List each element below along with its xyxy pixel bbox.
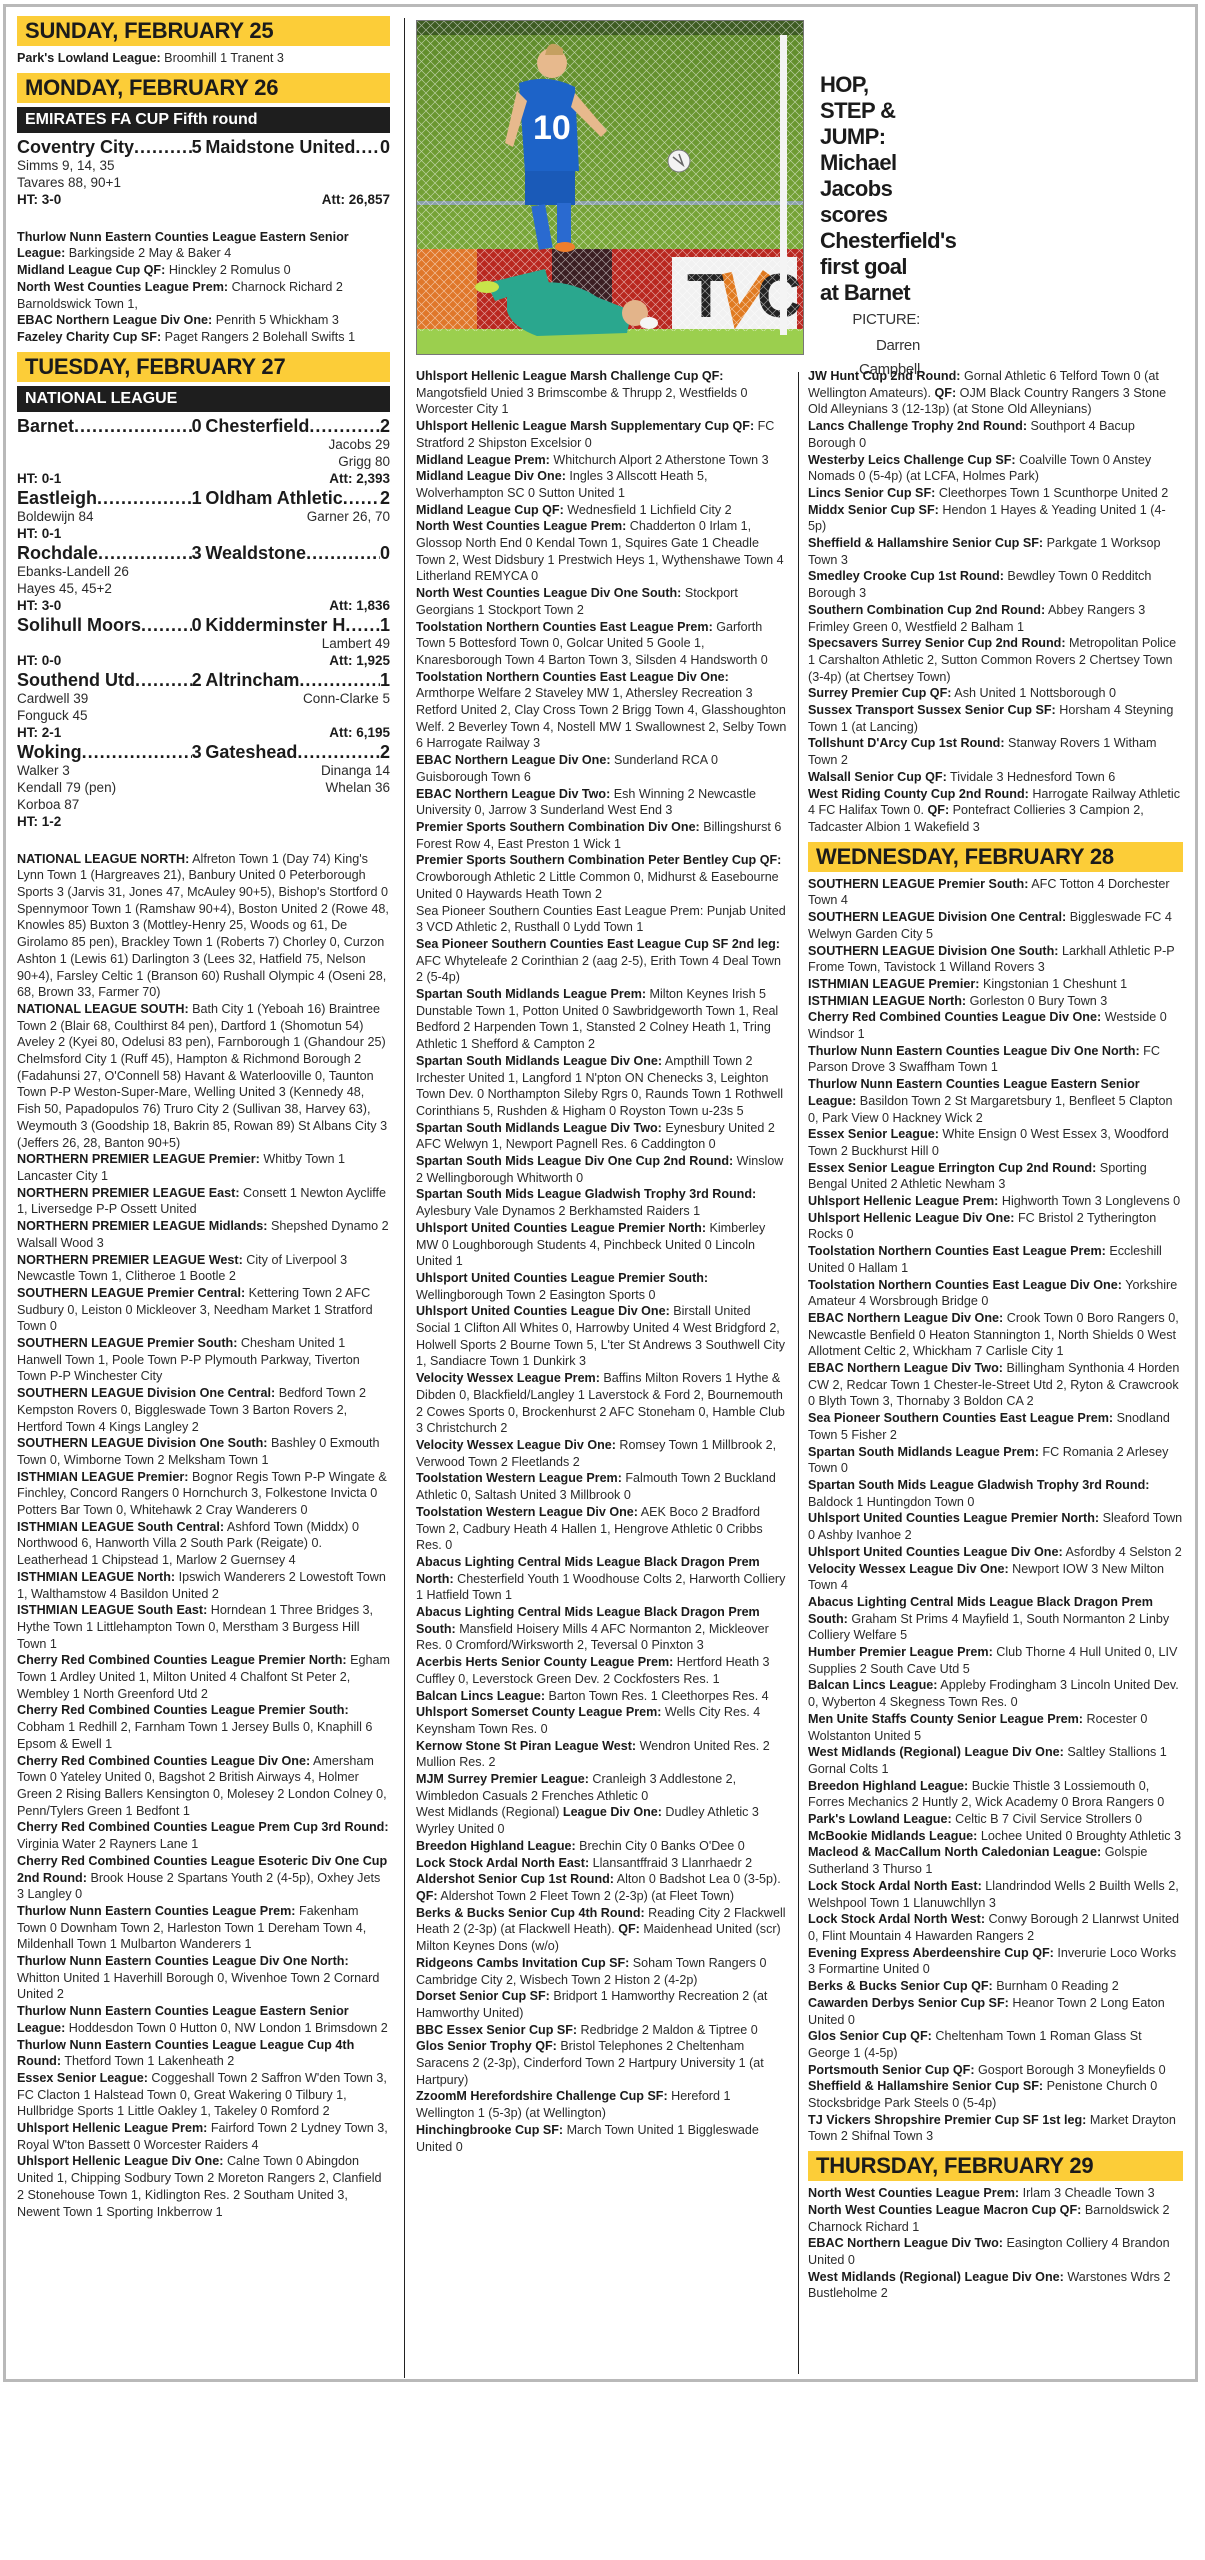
result-entry: JW Hunt Cup 2nd Round: Gornal Athletic 6… <box>808 368 1183 418</box>
result-text: AFC Whyteleafe 2 Corinthian 2 (aag 2-5),… <box>416 954 781 985</box>
league-label: Surrey Premier Cup QF: <box>808 686 951 700</box>
league-label: Essex Senior League Errington Cup 2nd Ro… <box>808 1161 1096 1175</box>
result-entry: EBAC Northern League Div Two: Billingham… <box>808 1360 1183 1410</box>
result-text: Whitchurch Alport 2 Atherstone Town 3 <box>550 453 769 467</box>
day-header-tuesday: TUESDAY, FEBRUARY 27 <box>17 352 390 382</box>
leader-dots <box>134 137 192 157</box>
match-result: Southend Utd2Altrincham1Cardwell 39Conn-… <box>17 670 390 741</box>
result-entry: Sussex Transport Sussex Senior Cup SF: H… <box>808 702 1183 735</box>
match-result: Woking3Gateshead2Walker 3Dinanga 14Kenda… <box>17 742 390 830</box>
home-scorer: Hayes 45, 45+2 <box>17 580 112 597</box>
league-label: SOUTHERN LEAGUE Division One Central: <box>808 910 1066 924</box>
home-side: Coventry City5 <box>17 137 202 157</box>
league-label: Uhlsport Hellenic League Prem: <box>808 1194 998 1208</box>
league-label: Toolstation Western League Prem: <box>416 1471 622 1485</box>
result-entry: Humber Premier League Prem: Club Thorne … <box>808 1644 1183 1677</box>
league-label: Walsall Senior Cup QF: <box>808 770 947 784</box>
result-entry: EBAC Northern League Div Two: Easington … <box>808 2235 1183 2268</box>
league-label: Specsavers Surrey Senior Cup 2nd Round: <box>808 636 1066 650</box>
scorers-row: Fonguck 45 <box>17 707 390 724</box>
leader-dots <box>299 670 380 690</box>
scorers-row: Tavares 88, 90+1 <box>17 174 390 191</box>
result-entry: ISTHMIAN LEAGUE Premier: Kingstonian 1 C… <box>808 976 1183 993</box>
attendance: Att: 1,925 <box>329 652 390 669</box>
result-entry: Uhlsport United Counties League Premier … <box>416 1270 788 1303</box>
result-entry: SOUTHERN LEAGUE Premier South: AFC Totto… <box>808 876 1183 909</box>
result-entry: Dorset Senior Cup SF: Bridport 1 Hamwort… <box>416 1988 788 2021</box>
result-entry: North West Counties League Prem: Charnoc… <box>17 279 390 312</box>
league-label: Kernow Stone St Piran League West: <box>416 1739 636 1753</box>
away-side: Oldham Athletic2 <box>205 488 390 508</box>
team-score: 2 <box>380 416 390 436</box>
result-entry: Velocity Wessex League Div One: Romsey T… <box>416 1437 788 1470</box>
half-time-score: HT: 2-1 <box>17 724 61 741</box>
league-label: ZzoomM Herefordshire Challenge Cup SF: <box>416 2089 668 2103</box>
league-label: Ridgeons Cambs Invitation Cup SF: <box>416 1956 629 1970</box>
result-text: Chesterfield Youth 1 Woodhouse Colts 2, … <box>416 1572 785 1603</box>
result-text: Alfreton Town 1 (Day 74) King's Lynn Tow… <box>17 852 389 1000</box>
league-label: Sheffield & Hallamshire Senior Cup SF: <box>808 536 1043 550</box>
results-wednesday: SOUTHERN LEAGUE Premier South: AFC Totto… <box>808 876 1183 2145</box>
result-entry: Glos Senior Cup QF: Cheltenham Town 1 Ro… <box>808 2028 1183 2061</box>
team-name: Wealdstone <box>205 543 306 563</box>
result-text: Brechin City 0 Banks O'Dee 0 <box>576 1839 745 1853</box>
match-footer: HT: 0-0Att: 1,925 <box>17 652 390 669</box>
result-text: Hoddesdon Town 0 Hutton 0, NW London 1 B… <box>65 2021 388 2035</box>
league-label: Lock Stock Ardal North East: <box>416 1856 589 1870</box>
league-label: Toolstation Northern Counties East Leagu… <box>416 670 729 684</box>
result-entry: Acerbis Herts Senior County League Prem:… <box>416 1654 788 1687</box>
result-entry: Premier Sports Southern Combination Div … <box>416 819 788 852</box>
result-entry: Thurlow Nunn Eastern Counties League Eas… <box>17 2003 390 2036</box>
result-entry: Spartan South Midlands League Prem: FC R… <box>808 1444 1183 1477</box>
result-entry: Lock Stock Ardal North East: Llandrindod… <box>808 1878 1183 1911</box>
team-name: Southend Utd <box>17 670 135 690</box>
result-text: Burnham 0 Reading 2 <box>993 1979 1119 1993</box>
result-text: Hinckley 2 Romulus 0 <box>165 263 290 277</box>
away-side: Gateshead2 <box>205 742 390 762</box>
result-entry: ISTHMIAN LEAGUE Premier: Bognor Regis To… <box>17 1469 390 1519</box>
league-label: EBAC Northern League Div Two: <box>808 1361 1003 1375</box>
result-entry: NORTHERN PREMIER LEAGUE Midlands: Shepsh… <box>17 1218 390 1251</box>
home-scorer: Ebanks-Landell 26 <box>17 563 129 580</box>
team-score: 0 <box>192 615 202 635</box>
result-entry: NORTHERN PREMIER LEAGUE Premier: Whitby … <box>17 1151 390 1184</box>
league-label: Spartan South Midlands League Prem: <box>416 987 646 1001</box>
result-entry: Walsall Senior Cup QF: Tividale 3 Hednes… <box>808 769 1183 786</box>
result-text: Tividale 3 Hednesford Town 6 <box>947 770 1115 784</box>
league-label: Sea Pioneer Southern Counties East Leagu… <box>416 937 780 951</box>
caption-headline: HOP, STEP & JUMP: Michael Jacobs scores … <box>820 72 920 306</box>
league-label: SOUTHERN LEAGUE Premier Central: <box>17 1286 245 1300</box>
result-entry: BBC Essex Senior Cup SF: Redbridge 2 Mal… <box>416 2022 788 2039</box>
league-label: EBAC Northern League Div Two: <box>416 787 610 801</box>
result-entry: NORTHERN PREMIER LEAGUE East: Consett 1 … <box>17 1185 390 1218</box>
result-entry: Lincs Senior Cup SF: Cleethorpes Town 1 … <box>808 485 1183 502</box>
result-text: Celtic B 7 Civil Service Strollers 0 <box>952 1812 1142 1826</box>
result-entry: Uhlsport United Counties League Div One:… <box>808 1544 1183 1561</box>
column-middle: Uhlsport Hellenic League Marsh Challenge… <box>416 368 788 2155</box>
home-side: Woking3 <box>17 742 202 762</box>
league-label: Essex Senior League: <box>808 1127 939 1141</box>
result-entry: Thurlow Nunn Eastern Counties League Div… <box>808 1043 1183 1076</box>
league-label: Thurlow Nunn Eastern Counties League Pre… <box>17 1904 296 1918</box>
day-header-wednesday: WEDNESDAY, FEBRUARY 28 <box>808 842 1183 872</box>
home-scorer: Korboa 87 <box>17 796 79 813</box>
result-entry: Essex Senior League: White Ensign 0 West… <box>808 1126 1183 1159</box>
league-label: Macleod & MacCallum North Caledonian Lea… <box>808 1845 1101 1859</box>
team-score: 0 <box>192 416 202 436</box>
away-scorer: Lambert 49 <box>322 635 390 652</box>
result-text: Lochee United 0 Broughty Athletic 3 <box>977 1829 1181 1843</box>
result-entry: Toolstation Northern Counties East Leagu… <box>416 669 788 753</box>
result-entry: ISTHMIAN LEAGUE North: Ipswich Wanderers… <box>17 1569 390 1602</box>
result-entry: Abacus Lighting Central Mids League Blac… <box>416 1554 788 1604</box>
result-text: Crowborough Athletic 2 Little Common 0, … <box>416 870 779 901</box>
result-text: Asfordby 4 Selston 2 <box>1063 1545 1182 1559</box>
away-side: Kidderminster H1 <box>205 615 390 635</box>
result-entry: Uhlsport Hellenic League Prem: Fairford … <box>17 2120 390 2153</box>
league-label: Essex Senior League: <box>17 2071 148 2085</box>
results-tuesday-col3: JW Hunt Cup 2nd Round: Gornal Athletic 6… <box>808 368 1183 836</box>
result-entry: Uhlsport United Counties League Div One:… <box>416 1303 788 1370</box>
result-entry: Surrey Premier Cup QF: Ash United 1 Nott… <box>808 685 1183 702</box>
team-name: Altrincham <box>205 670 299 690</box>
result-entry: Sea Pioneer Southern Counties East Leagu… <box>416 903 788 936</box>
results-sunday: Park's Lowland League: Broomhill 1 Trane… <box>17 50 390 67</box>
league-label: Portsmouth Senior Cup QF: <box>808 2063 975 2077</box>
result-entry: SOUTHERN LEAGUE Division One Central: Bi… <box>808 909 1183 942</box>
result-entry: Abacus Lighting Central Mids League Blac… <box>808 1594 1183 1644</box>
result-entry: Uhlsport United Counties League Premier … <box>808 1510 1183 1543</box>
half-time-score: HT: 3-0 <box>17 191 61 208</box>
half-time-score: HT: 3-0 <box>17 597 61 614</box>
result-entry: Smedley Crooke Cup 1st Round: Bewdley To… <box>808 568 1183 601</box>
result-entry: ISTHMIAN LEAGUE South East: Horndean 1 T… <box>17 1602 390 1652</box>
league-label: Cawarden Derbys Senior Cup SF: <box>808 1996 1009 2010</box>
result-text: Wellingborough Town 2 Easington Sports 0 <box>416 1288 655 1302</box>
result-text: Penrith 5 Whickham 3 <box>212 313 339 327</box>
match-photo: T C 10 <box>416 20 804 355</box>
scorers-row: Kendall 79 (pen)Whelan 36 <box>17 779 390 796</box>
day-header-thursday: THURSDAY, FEBRUARY 29 <box>808 2151 1183 2181</box>
result-text: Aylesbury Vale Dynamos 2 Berkhamsted Rai… <box>416 1204 700 1218</box>
away-side: Wealdstone0 <box>205 543 390 563</box>
result-text: Broomhill 1 Tranent 3 <box>161 51 284 65</box>
league-label: SOUTHERN LEAGUE Division One Central: <box>17 1386 275 1400</box>
leader-dots <box>98 543 192 563</box>
result-entry: Lock Stock Ardal North East: Llansantffr… <box>416 1855 788 1872</box>
match-result: Eastleigh1Oldham Athletic2Boldewijn 84Ga… <box>17 488 390 542</box>
result-entry: Uhlsport Hellenic League Marsh Supplemen… <box>416 418 788 451</box>
league-label: EBAC Northern League Div One: <box>17 313 212 327</box>
result-entry: Toolstation Northern Counties East Leagu… <box>808 1277 1183 1310</box>
league-label: West Midlands (Regional) League Div One: <box>808 1745 1064 1759</box>
national-league-matches: Barnet0Chesterfield2Jacobs 29Grigg 80HT:… <box>17 416 390 830</box>
half-time-score: HT: 0-1 <box>17 470 61 487</box>
result-entry: West Midlands (Regional) League Div One:… <box>808 1744 1183 1777</box>
result-entry: Kernow Stone St Piran League West: Wendr… <box>416 1738 788 1771</box>
result-entry: Velocity Wessex League Prem: Baffins Mil… <box>416 1370 788 1437</box>
result-entry: Lancs Challenge Trophy 2nd Round: Southp… <box>808 418 1183 451</box>
league-label: NORTHERN PREMIER LEAGUE Premier: <box>17 1152 260 1166</box>
result-text: Gorleston 0 Bury Town 3 <box>966 994 1107 1008</box>
result-entry: Ridgeons Cambs Invitation Cup SF: Soham … <box>416 1955 788 1988</box>
column-divider-1 <box>404 18 405 2378</box>
league-label: TJ Vickers Shropshire Premier Cup SF 1st… <box>808 2113 1086 2127</box>
attendance: Att: 1,836 <box>329 597 390 614</box>
league-label: Uhlsport Hellenic League Div One: <box>17 2154 223 2168</box>
result-entry: ISTHMIAN LEAGUE North: Gorleston 0 Bury … <box>808 993 1183 1010</box>
result-entry: Cherry Red Combined Counties League Div … <box>808 1009 1183 1042</box>
league-label: Thurlow Nunn Eastern Counties League Div… <box>17 1954 349 1968</box>
result-entry: West Riding County Cup 2nd Round: Harrog… <box>808 786 1183 836</box>
result-entry: Glos Senior Trophy QF: Bristol Telephone… <box>416 2038 788 2088</box>
result-entry: Premier Sports Southern Combination Pete… <box>416 852 788 902</box>
home-scorer: Fonguck 45 <box>17 707 88 724</box>
results-tuesday-col2: Uhlsport Hellenic League Marsh Challenge… <box>416 368 788 2155</box>
home-side: Rochdale3 <box>17 543 202 563</box>
league-label: Midland League Prem: <box>416 453 550 467</box>
result-entry: ISTHMIAN LEAGUE South Central: Ashford T… <box>17 1519 390 1569</box>
league-label: Uhlsport United Counties League Premier … <box>416 1271 708 1285</box>
result-entry: Middx Senior Cup SF: Hendon 1 Hayes & Ye… <box>808 502 1183 535</box>
team-score: 1 <box>192 488 202 508</box>
result-entry: North West Counties League Macron Cup QF… <box>808 2202 1183 2235</box>
home-scorer: Cardwell 39 <box>17 690 88 707</box>
home-side: Solihull Moors0 <box>17 615 202 635</box>
result-entry: Tollshunt D'Arcy Cup 1st Round: Stanway … <box>808 735 1183 768</box>
result-text: Ash United 1 Nottsborough 0 <box>951 686 1116 700</box>
result-entry: Breedon Highland League: Brechin City 0 … <box>416 1838 788 1855</box>
scorers-row: Lambert 49 <box>17 635 390 652</box>
league-label: ISTHMIAN LEAGUE North: <box>17 1570 175 1584</box>
league-label: Acerbis Herts Senior County League Prem: <box>416 1655 673 1669</box>
match-fa-cup: Coventry City5Maidstone United0Simms 9, … <box>17 137 390 208</box>
result-entry: North West Counties League Prem: Irlam 3… <box>808 2185 1183 2202</box>
result-entry: Sheffield & Hallamshire Senior Cup SF: P… <box>808 535 1183 568</box>
league-label: EBAC Northern League Div Two: <box>808 2236 1003 2250</box>
league-label: EBAC Northern League Div One: <box>416 753 611 767</box>
result-entry: Spartan South Mids League Gladwish Troph… <box>416 1186 788 1219</box>
scorers-row: Ebanks-Landell 26 <box>17 563 390 580</box>
league-label: Lancs Challenge Trophy 2nd Round: <box>808 419 1027 433</box>
result-entry: Cherry Red Combined Counties League Esot… <box>17 1853 390 1903</box>
league-label: Midland League Div One: <box>416 469 566 483</box>
league-label: Breedon Highland League: <box>808 1779 968 1793</box>
result-entry: Toolstation Western League Div One: AEK … <box>416 1504 788 1554</box>
result-text: Basildon Town 2 St Margaretsbury 1, Benf… <box>808 1094 1173 1125</box>
result-text: Mansfield Hoisery Mills 4 AFC Normanton … <box>416 1622 769 1653</box>
competition-header-national-league: NATIONAL LEAGUE <box>17 386 390 412</box>
match-footer: HT: 0-1Att: 2,393 <box>17 470 390 487</box>
home-scorer: Kendall 79 (pen) <box>17 779 116 796</box>
result-entry: Breedon Highland League: Buckie Thistle … <box>808 1778 1183 1811</box>
match-footer: HT: 3-0Att: 26,857 <box>17 191 390 208</box>
result-entry: Uhlsport Hellenic League Div One: Calne … <box>17 2153 390 2220</box>
result-text: Irlam 3 Cheadle Town 3 <box>1019 2186 1155 2200</box>
league-label: EBAC Northern League Div One: <box>808 1311 1003 1325</box>
result-entry: Toolstation Western League Prem: Falmout… <box>416 1470 788 1503</box>
team-score: 3 <box>192 543 202 563</box>
league-label: NATIONAL LEAGUE SOUTH: <box>17 1002 189 1016</box>
result-entry: NATIONAL LEAGUE NORTH: Alfreton Town 1 (… <box>17 851 390 1001</box>
league-label: Cherry Red Combined Counties League Div … <box>808 1010 1101 1024</box>
result-entry: SOUTHERN LEAGUE Premier South: Chesham U… <box>17 1335 390 1385</box>
league-label: Spartan South Mids League Gladwish Troph… <box>808 1478 1149 1492</box>
result-entry: Sea Pioneer Southern Counties East Leagu… <box>416 936 788 986</box>
scorers-row: Hayes 45, 45+2 <box>17 580 390 597</box>
result-text: Armthorpe Welfare 2 Staveley MW 1, Ather… <box>416 686 786 750</box>
result-text: Graham St Prims 4 Mayfield 1, South Norm… <box>808 1612 1169 1643</box>
leader-dots <box>343 488 380 508</box>
league-label: Lincs Senior Cup SF: <box>808 486 935 500</box>
league-label: Velocity Wessex League Div One: <box>808 1562 1009 1576</box>
team-name: Coventry City <box>17 137 134 157</box>
leader-dots <box>345 615 380 635</box>
day-header-sunday: SUNDAY, FEBRUARY 25 <box>17 16 390 46</box>
result-entry: Thurlow Nunn Eastern Counties League Lea… <box>17 2037 390 2070</box>
result-entry: Evening Express Aberdeenshire Cup QF: In… <box>808 1945 1183 1978</box>
league-label: Cherry Red Combined Counties League Div … <box>17 1754 310 1768</box>
league-label: Westerby Leics Challenge Cup SF: <box>808 453 1016 467</box>
result-entry: Sea Pioneer Southern Counties East Leagu… <box>808 1410 1183 1443</box>
league-label: Uhlsport United Counties League Div One: <box>808 1545 1063 1559</box>
result-entry: Toolstation Northern Counties East Leagu… <box>416 619 788 669</box>
team-score: 2 <box>380 488 390 508</box>
leader-dots <box>306 543 380 563</box>
league-label: Cherry Red Combined Counties League Prem… <box>17 1820 389 1834</box>
day-header-monday: MONDAY, FEBRUARY 26 <box>17 73 390 103</box>
half-time-score: HT: 0-1 <box>17 525 61 542</box>
result-entry: EBAC Northern League Div One: Penrith 5 … <box>17 312 390 329</box>
match-footer: HT: 1-2 <box>17 813 390 830</box>
result-entry: Berks & Bucks Senior Cup 4th Round: Read… <box>416 1905 788 1955</box>
attendance: Att: 6,195 <box>329 724 390 741</box>
leader-dots <box>135 670 192 690</box>
leader-dots <box>74 416 192 436</box>
league-label: SOUTHERN LEAGUE Premier South: <box>17 1336 237 1350</box>
match-footer: HT: 2-1Att: 6,195 <box>17 724 390 741</box>
league-label: North West Counties League Prem: <box>808 2186 1019 2200</box>
result-entry: Hinchingbrooke Cup SF: March Town United… <box>416 2122 788 2155</box>
result-entry: Spartan South Midlands League Prem: Milt… <box>416 986 788 1053</box>
result-entry: Midland League Div One: Ingles 3 Allscot… <box>416 468 788 501</box>
result-text: Alton 0 Badshot Lea 0 (3-5p). <box>614 1872 781 1886</box>
league-label: Spartan South Mids League Div One Cup 2n… <box>416 1154 733 1168</box>
result-entry: Cherry Red Combined Counties League Prem… <box>17 1652 390 1702</box>
home-scorer: Simms 9, 14, 35 <box>17 157 115 174</box>
away-side: Altrincham1 <box>205 670 390 690</box>
result-entry: Spartan South Mids League Gladwish Troph… <box>808 1477 1183 1510</box>
league-label: Lock Stock Ardal North West: <box>808 1912 985 1926</box>
result-text: Baldock 1 Huntingdon Town 0 <box>808 1495 974 1509</box>
away-scorer: Whelan 36 <box>325 779 390 796</box>
result-entry: Cherry Red Combined Counties League Div … <box>17 1753 390 1820</box>
home-side: Southend Utd2 <box>17 670 202 690</box>
result-text: Barton Town Res. 1 Cleethorpes Res. 4 <box>545 1689 769 1703</box>
result-entry: Thurlow Nunn Eastern Counties League Eas… <box>17 229 390 262</box>
leader-dots <box>309 416 380 436</box>
team-score: 1 <box>380 670 390 690</box>
league-label: Smedley Crooke Cup 1st Round: <box>808 569 1004 583</box>
leader-dots <box>141 615 192 635</box>
result-entry: Uhlsport Hellenic League Marsh Challenge… <box>416 368 788 418</box>
result-entry: TJ Vickers Shropshire Premier Cup SF 1st… <box>808 2112 1183 2145</box>
result-text: Kingstonian 1 Cheshunt 1 <box>979 977 1127 991</box>
result-entry: Portsmouth Senior Cup QF: Gosport Boroug… <box>808 2062 1183 2079</box>
team-name: Chesterfield <box>205 416 309 436</box>
league-label: Humber Premier League Prem: <box>808 1645 993 1659</box>
result-entry: McBookie Midlands League: Lochee United … <box>808 1828 1183 1845</box>
league-label: QF: <box>927 803 949 817</box>
result-entry: Specsavers Surrey Senior Cup 2nd Round: … <box>808 635 1183 685</box>
result-entry: Balcan Lincs League: Barton Town Res. 1 … <box>416 1688 788 1705</box>
league-label: ISTHMIAN LEAGUE Premier: <box>17 1470 188 1484</box>
team-name: Kidderminster H <box>205 615 345 635</box>
league-label: Cherry Red Combined Counties League Prem… <box>17 1653 347 1667</box>
league-label: Midland League Cup QF: <box>416 503 564 517</box>
league-label: North West Counties League Div One South… <box>416 586 681 600</box>
result-entry: EBAC Northern League Div One: Crook Town… <box>808 1310 1183 1360</box>
result-entry: Berks & Bucks Senior Cup QF: Burnham 0 R… <box>808 1978 1183 1995</box>
scorers-row: Grigg 80 <box>17 453 390 470</box>
league-label: Lock Stock Ardal North East: <box>808 1879 982 1893</box>
league-label: Toolstation Western League Div One: <box>416 1505 638 1519</box>
league-label: Men Unite Staffs County Senior League Pr… <box>808 1712 1083 1726</box>
league-label: Glos Senior Trophy QF: <box>416 2039 557 2053</box>
result-entry: SOUTHERN LEAGUE Division One South: Bash… <box>17 1435 390 1468</box>
team-name: Barnet <box>17 416 74 436</box>
result-text: West Midlands (Regional) <box>416 1805 563 1819</box>
result-text: Cobham 1 Redhill 2, Farnham Town 1 Jerse… <box>17 1720 372 1751</box>
result-entry: Westerby Leics Challenge Cup SF: Coalvil… <box>808 452 1183 485</box>
league-label: ISTHMIAN LEAGUE Premier: <box>808 977 979 991</box>
caption-credit-label: PICTURE: <box>820 308 920 332</box>
leader-dots <box>355 137 380 157</box>
league-label: Middx Senior Cup SF: <box>808 503 939 517</box>
result-text: Thetford Town 1 Lakenheath 2 <box>61 2054 234 2068</box>
result-entry: Essex Senior League: Coggeshall Town 2 S… <box>17 2070 390 2120</box>
league-label: Uhlsport Somerset County League Prem: <box>416 1705 661 1719</box>
result-entry: West Midlands (Regional) League Div One:… <box>416 1804 788 1837</box>
team-name: Maidstone United <box>205 137 355 157</box>
result-entry: Park's Lowland League: Broomhill 1 Trane… <box>17 50 390 67</box>
team-name: Rochdale <box>17 543 98 563</box>
scorers-row: Walker 3Dinanga 14 <box>17 762 390 779</box>
league-label: West Riding County Cup 2nd Round: <box>808 787 1029 801</box>
league-label: Uhlsport Hellenic League Marsh Supplemen… <box>416 419 754 433</box>
result-entry: Fazeley Charity Cup SF: Paget Rangers 2 … <box>17 329 390 346</box>
league-label: North West Counties League Macron Cup QF… <box>808 2203 1081 2217</box>
team-name: Eastleigh <box>17 488 97 508</box>
scorers-row: Jacobs 29 <box>17 436 390 453</box>
league-label: Midland League Cup QF: <box>17 263 165 277</box>
home-side: Barnet0 <box>17 416 202 436</box>
result-entry: MJM Surrey Premier League: Cranleigh 3 A… <box>416 1771 788 1804</box>
result-entry: Balcan Lincs League: Appleby Frodingham … <box>808 1677 1183 1710</box>
league-label: Glos Senior Cup QF: <box>808 2029 932 2043</box>
league-label: Toolstation Northern Counties East Leagu… <box>416 620 713 634</box>
column-divider-2 <box>798 372 799 2374</box>
result-entry: North West Counties League Div One South… <box>416 585 788 618</box>
league-label: Uhlsport United Counties League Premier … <box>416 1221 706 1235</box>
scorers-row: Simms 9, 14, 35 <box>17 157 390 174</box>
half-time-score: HT: 0-0 <box>17 652 61 669</box>
league-label: SOUTHERN LEAGUE Premier South: <box>808 877 1028 891</box>
league-label: Velocity Wessex League Div One: <box>416 1438 616 1452</box>
photo-caption: HOP, STEP & JUMP: Michael Jacobs scores … <box>820 72 920 382</box>
